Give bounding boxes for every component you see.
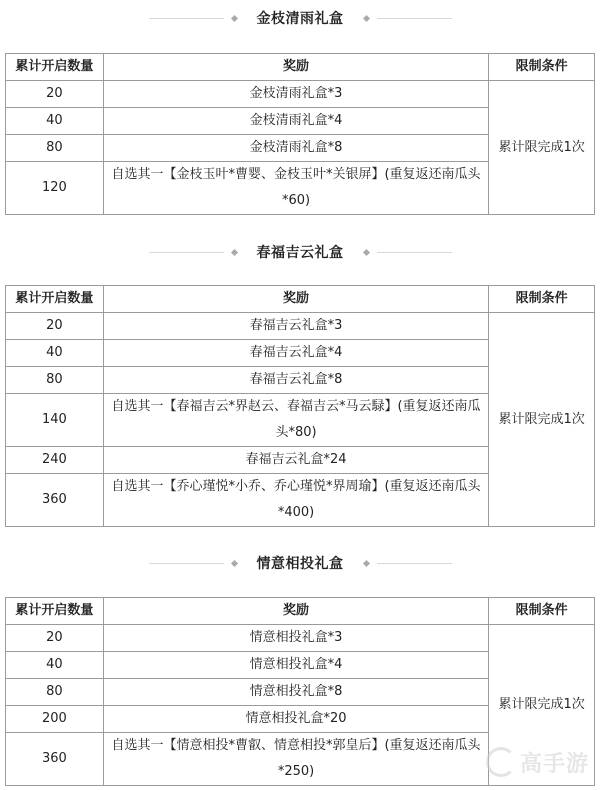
table-header-row: 累计开启数量 奖励 限制条件 bbox=[6, 54, 595, 81]
table-row: 20 金枝清雨礼盒*3 累计限完成1次 bbox=[6, 81, 595, 108]
divider-line bbox=[149, 18, 224, 19]
watermark-logo: 高手游 bbox=[486, 742, 598, 782]
header-count: 累计开启数量 bbox=[6, 286, 104, 313]
count-cell: 40 bbox=[6, 108, 104, 135]
reward-cell: 情意相投礼盒*3 bbox=[103, 625, 488, 652]
reward-cell: 情意相投礼盒*4 bbox=[103, 652, 488, 679]
header-limit: 限制条件 bbox=[489, 54, 595, 81]
divider-line bbox=[149, 563, 224, 564]
reward-cell: 春福吉云礼盒*8 bbox=[103, 367, 488, 394]
diamond-icon bbox=[230, 14, 237, 21]
count-cell: 140 bbox=[6, 394, 104, 447]
divider-line bbox=[377, 563, 452, 564]
reward-cell: 自选其一【情意相投*曹叡、情意相投*郭皇后】(重复返还南瓜头*250) bbox=[103, 733, 488, 786]
divider-line bbox=[377, 18, 452, 19]
limit-cell: 累计限完成1次 bbox=[489, 313, 595, 527]
reward-cell: 春福吉云礼盒*4 bbox=[103, 340, 488, 367]
count-cell: 20 bbox=[6, 81, 104, 108]
divider-line bbox=[377, 252, 452, 253]
reward-cell: 情意相投礼盒*8 bbox=[103, 679, 488, 706]
reward-cell: 金枝清雨礼盒*3 bbox=[103, 81, 488, 108]
header-limit: 限制条件 bbox=[489, 286, 595, 313]
count-cell: 20 bbox=[6, 625, 104, 652]
diamond-icon bbox=[362, 14, 369, 21]
count-cell: 40 bbox=[6, 340, 104, 367]
header-reward: 奖励 bbox=[103, 286, 488, 313]
table-row: 20 春福吉云礼盒*3 累计限完成1次 bbox=[6, 313, 595, 340]
divider-line bbox=[149, 252, 224, 253]
table-header-row: 累计开启数量 奖励 限制条件 bbox=[6, 598, 595, 625]
header-count: 累计开启数量 bbox=[6, 598, 104, 625]
logo-g-icon bbox=[486, 747, 516, 777]
section-heading: 金枝清雨礼盒 bbox=[257, 8, 344, 28]
reward-cell: 春福吉云礼盒*3 bbox=[103, 313, 488, 340]
reward-table-2: 累计开启数量 奖励 限制条件 20 春福吉云礼盒*3 累计限完成1次 40 春福… bbox=[5, 285, 595, 527]
header-limit: 限制条件 bbox=[489, 598, 595, 625]
table-header-row: 累计开启数量 奖励 限制条件 bbox=[6, 286, 595, 313]
limit-cell: 累计限完成1次 bbox=[489, 81, 595, 215]
count-cell: 360 bbox=[6, 733, 104, 786]
reward-cell: 自选其一【春福吉云*界赵云、春福吉云*马云騄】(重复返还南瓜头*80) bbox=[103, 394, 488, 447]
diamond-icon bbox=[362, 248, 369, 255]
count-cell: 80 bbox=[6, 135, 104, 162]
count-cell: 200 bbox=[6, 706, 104, 733]
header-reward: 奖励 bbox=[103, 598, 488, 625]
count-cell: 360 bbox=[6, 474, 104, 527]
count-cell: 80 bbox=[6, 679, 104, 706]
reward-cell: 金枝清雨礼盒*4 bbox=[103, 108, 488, 135]
watermark-text: 高手游 bbox=[520, 747, 589, 778]
header-count: 累计开启数量 bbox=[6, 54, 104, 81]
section-title-2: 春福吉云礼盒 bbox=[0, 240, 600, 264]
reward-table-1: 累计开启数量 奖励 限制条件 20 金枝清雨礼盒*3 累计限完成1次 40 金枝… bbox=[5, 53, 595, 215]
reward-cell: 情意相投礼盒*20 bbox=[103, 706, 488, 733]
diamond-icon bbox=[230, 559, 237, 566]
table-row: 20 情意相投礼盒*3 累计限完成1次 bbox=[6, 625, 595, 652]
diamond-icon bbox=[362, 559, 369, 566]
reward-cell: 自选其一【金枝玉叶*曹婴、金枝玉叶*关银屏】(重复返还南瓜头*60) bbox=[103, 162, 488, 215]
reward-cell: 春福吉云礼盒*24 bbox=[103, 447, 488, 474]
reward-cell: 自选其一【乔心瑾悦*小乔、乔心瑾悦*界周瑜】(重复返还南瓜头*400) bbox=[103, 474, 488, 527]
section-heading: 春福吉云礼盒 bbox=[257, 242, 344, 262]
count-cell: 240 bbox=[6, 447, 104, 474]
count-cell: 20 bbox=[6, 313, 104, 340]
section-title-1: 金枝清雨礼盒 bbox=[0, 6, 600, 30]
header-reward: 奖励 bbox=[103, 54, 488, 81]
section-title-3: 情意相投礼盒 bbox=[0, 551, 600, 575]
section-heading: 情意相投礼盒 bbox=[257, 553, 344, 573]
reward-cell: 金枝清雨礼盒*8 bbox=[103, 135, 488, 162]
count-cell: 40 bbox=[6, 652, 104, 679]
count-cell: 120 bbox=[6, 162, 104, 215]
diamond-icon bbox=[230, 248, 237, 255]
count-cell: 80 bbox=[6, 367, 104, 394]
